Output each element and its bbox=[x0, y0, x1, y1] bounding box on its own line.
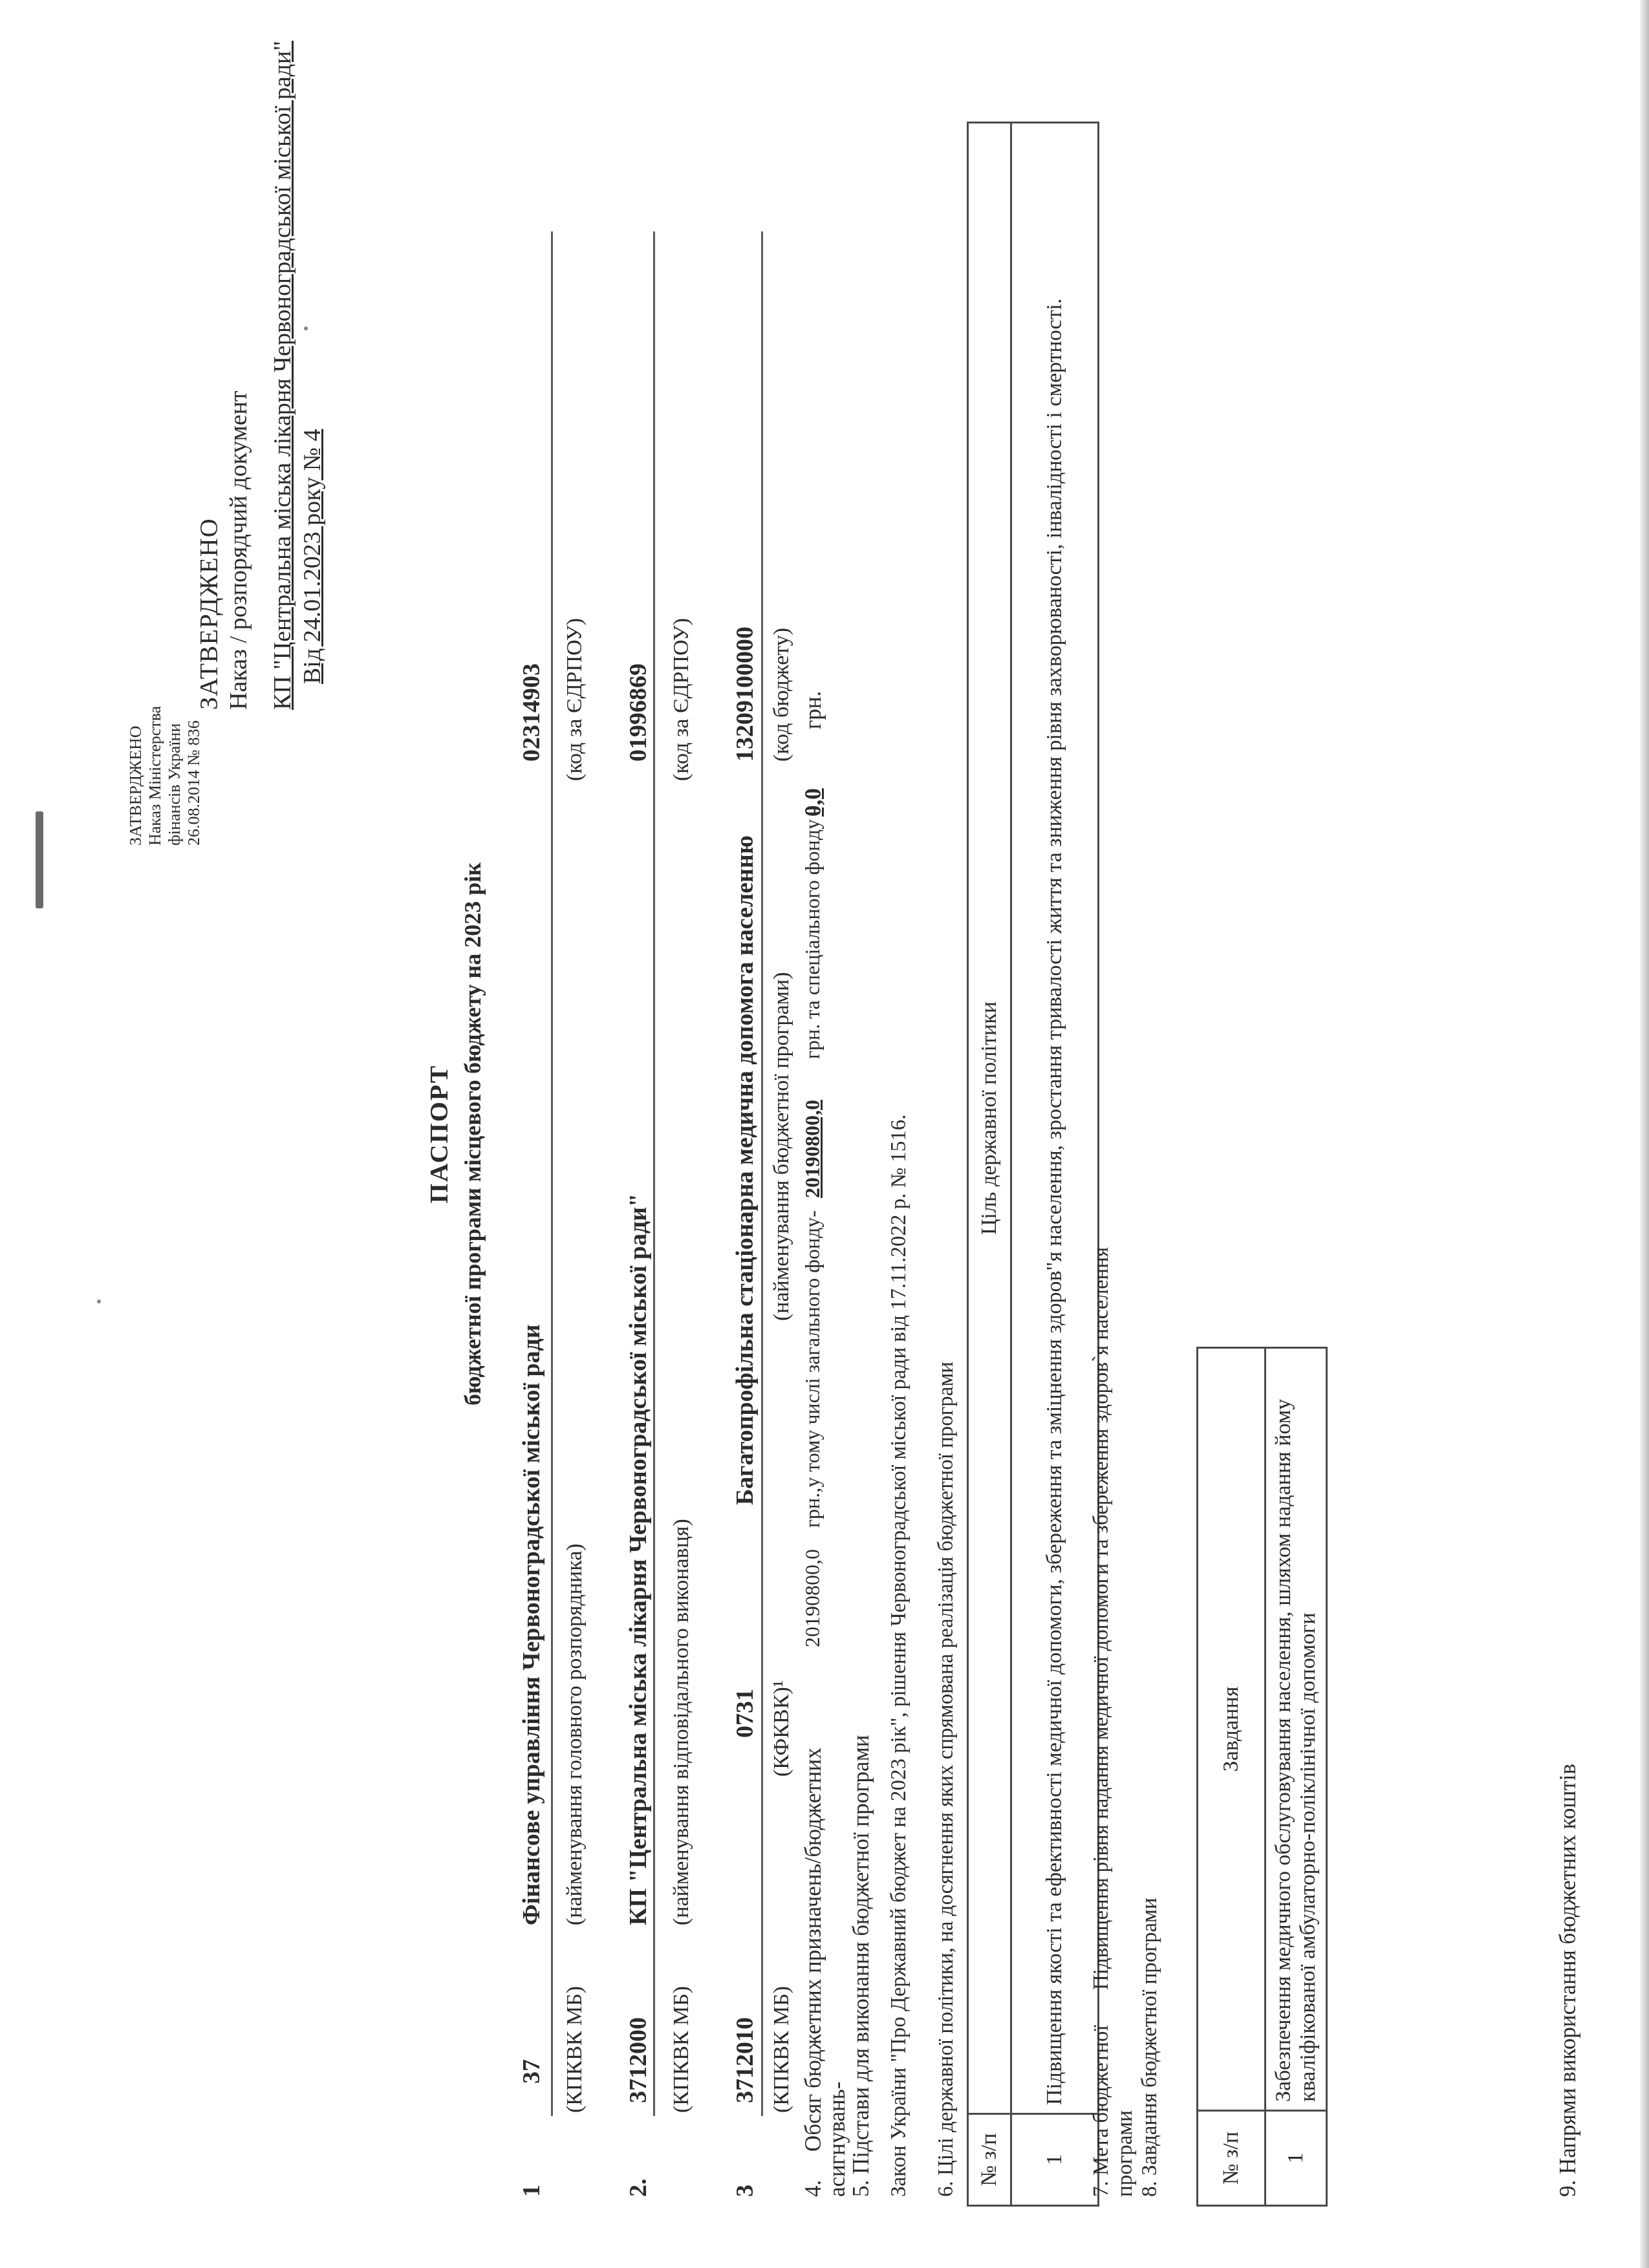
row3-budget-code-caption: (код бюджету) bbox=[770, 628, 794, 762]
table-row: 1 Підвищення якості та ефективності меди… bbox=[1011, 123, 1099, 2206]
header-task: Завдання bbox=[1198, 1348, 1266, 2111]
header-number: № з/п bbox=[1198, 2111, 1266, 2206]
table-row: 1 Забезпечення медичного обслуговування … bbox=[1266, 1348, 1327, 2206]
section5-title: 5. Підстави для виконання бюджетної прог… bbox=[848, 1735, 874, 2197]
row1-name-caption: (найменування головного розпорядника) bbox=[563, 1543, 587, 1925]
table-header-row: № з/п Завдання bbox=[1198, 1348, 1266, 2206]
row3-name: Багатопрофільна стаціонарна медична допо… bbox=[731, 835, 759, 1505]
row2-name-caption: (найменування відповідального виконавця) bbox=[669, 1519, 694, 1925]
ministry-approval: ЗАТВЕРДЖЕНО Наказ Міністерства фінансів … bbox=[126, 706, 204, 846]
section7-text: Підвищення рівня надання медичної допомо… bbox=[1090, 1247, 1114, 1990]
row1-underline bbox=[551, 231, 553, 2116]
section7-label: 7. Мета бюджетної bbox=[1090, 2025, 1114, 2197]
section4-number: 4. bbox=[801, 2180, 826, 2197]
row3-budget-code: 13209100000 bbox=[731, 626, 759, 762]
section8-title: 8. Завдання бюджетної програми bbox=[1138, 1898, 1162, 2197]
row2-code-caption: (КПКВК МБ) bbox=[669, 1986, 694, 2113]
row1-edrpou: 02314903 bbox=[517, 663, 546, 762]
row1-edrpou-caption: (код за ЄДРПОУ) bbox=[563, 618, 587, 781]
row3-code: 3712010 bbox=[731, 2017, 759, 2103]
approval-doc-type: Наказ / розпорядчий документ bbox=[224, 41, 253, 710]
row-task: Забезпечення медичного обслуговування на… bbox=[1266, 1348, 1327, 2111]
section4-label-cont: асигнувань- bbox=[824, 2082, 850, 2197]
row2-name: КП "Центральна міська лікарня Червоногра… bbox=[624, 1193, 652, 1925]
row1-code-caption: (КПКВК МБ) bbox=[563, 1986, 587, 2113]
row3-underline bbox=[761, 231, 763, 2116]
approval-organization: КП "Центральна міська лікарня Червоногра… bbox=[268, 41, 297, 710]
row-number: 1 bbox=[1011, 2114, 1099, 2206]
section6-title: 6. Цілі державної політики, на досягненн… bbox=[934, 1362, 958, 2197]
row-number: 1 bbox=[1266, 2111, 1327, 2206]
passport-title: ПАСПОРТ bbox=[424, 0, 454, 2268]
ministry-approval-line2: фінансів України bbox=[165, 706, 184, 846]
row2-edrpou-caption: (код за ЄДРПОУ) bbox=[669, 618, 694, 781]
approval-date-number: Від 24.01.2023 року № 4 bbox=[297, 41, 327, 710]
section4-text: грн.,у тому числі загального фонду- bbox=[801, 1210, 824, 1528]
row3-kfkvk: 0731 bbox=[731, 1689, 759, 1738]
ministry-approval-title: ЗАТВЕРДЖЕНО bbox=[126, 706, 145, 846]
section4-label: Обсяг бюджетних призначень/бюджетних bbox=[801, 1748, 826, 2152]
row2-edrpou: 01996869 bbox=[624, 663, 652, 762]
section5-text: Закон України "Про Державний бюджет на 2… bbox=[887, 1114, 911, 2197]
row-goal: Підвищення якості та ефективності медичн… bbox=[1011, 123, 1099, 2114]
row1-code: 37 bbox=[517, 2059, 546, 2084]
row3-kfkvk-caption: (КФКВК)¹ bbox=[770, 1680, 794, 1777]
section4-currency: грн. bbox=[801, 691, 826, 729]
row1-number: 1 bbox=[517, 2185, 546, 2197]
table-header-row: № з/п Ціль державної політики bbox=[968, 123, 1011, 2206]
passport-subtitle: бюджетної програми місцевого бюджету на … bbox=[459, 0, 486, 2268]
passport-document: ЗАТВЕРДЖЕНО Наказ Міністерства фінансів … bbox=[0, 0, 1649, 2268]
row2-code: 3712000 bbox=[624, 2017, 652, 2103]
section4-special-text: грн. та спеціального фонду - bbox=[801, 807, 824, 1059]
row1-name: Фінансове управління Червоноградської мі… bbox=[517, 1324, 546, 1925]
section4-general-fund: 20190800,0 bbox=[801, 1100, 824, 1198]
row2-number: 2. bbox=[624, 2179, 652, 2198]
approval-block: ЗАТВЕРДЖЕНО Наказ / розпорядчий документ… bbox=[194, 41, 327, 710]
section7-label-cont: програми bbox=[1114, 2110, 1137, 2197]
approval-title: ЗАТВЕРДЖЕНО bbox=[194, 41, 224, 710]
row3-name-caption: (найменування бюджетної програми) bbox=[770, 972, 794, 1321]
row3-code-caption: (КПКВК МБ) bbox=[770, 1986, 794, 2113]
row2-underline bbox=[653, 231, 655, 2116]
row3-number: 3 bbox=[731, 2185, 759, 2197]
ministry-approval-line3: 26.08.2014 № 836 bbox=[184, 706, 204, 846]
section4-special-fund: 0,0 bbox=[801, 788, 826, 817]
header-number: № з/п bbox=[968, 2114, 1011, 2206]
program-tasks-table: № з/п Завдання 1 Забезпечення медичного … bbox=[1196, 1347, 1328, 2207]
ministry-approval-line1: Наказ Міністерства bbox=[145, 706, 165, 846]
state-policy-goals-table: № з/п Ціль державної політики 1 Підвищен… bbox=[967, 122, 1099, 2207]
header-goal: Ціль державної політики bbox=[968, 123, 1011, 2114]
section9-title: 9. Напрями використання бюджетних коштів bbox=[1555, 1764, 1581, 2197]
section4-total: 20190800,0 bbox=[801, 1549, 824, 1647]
